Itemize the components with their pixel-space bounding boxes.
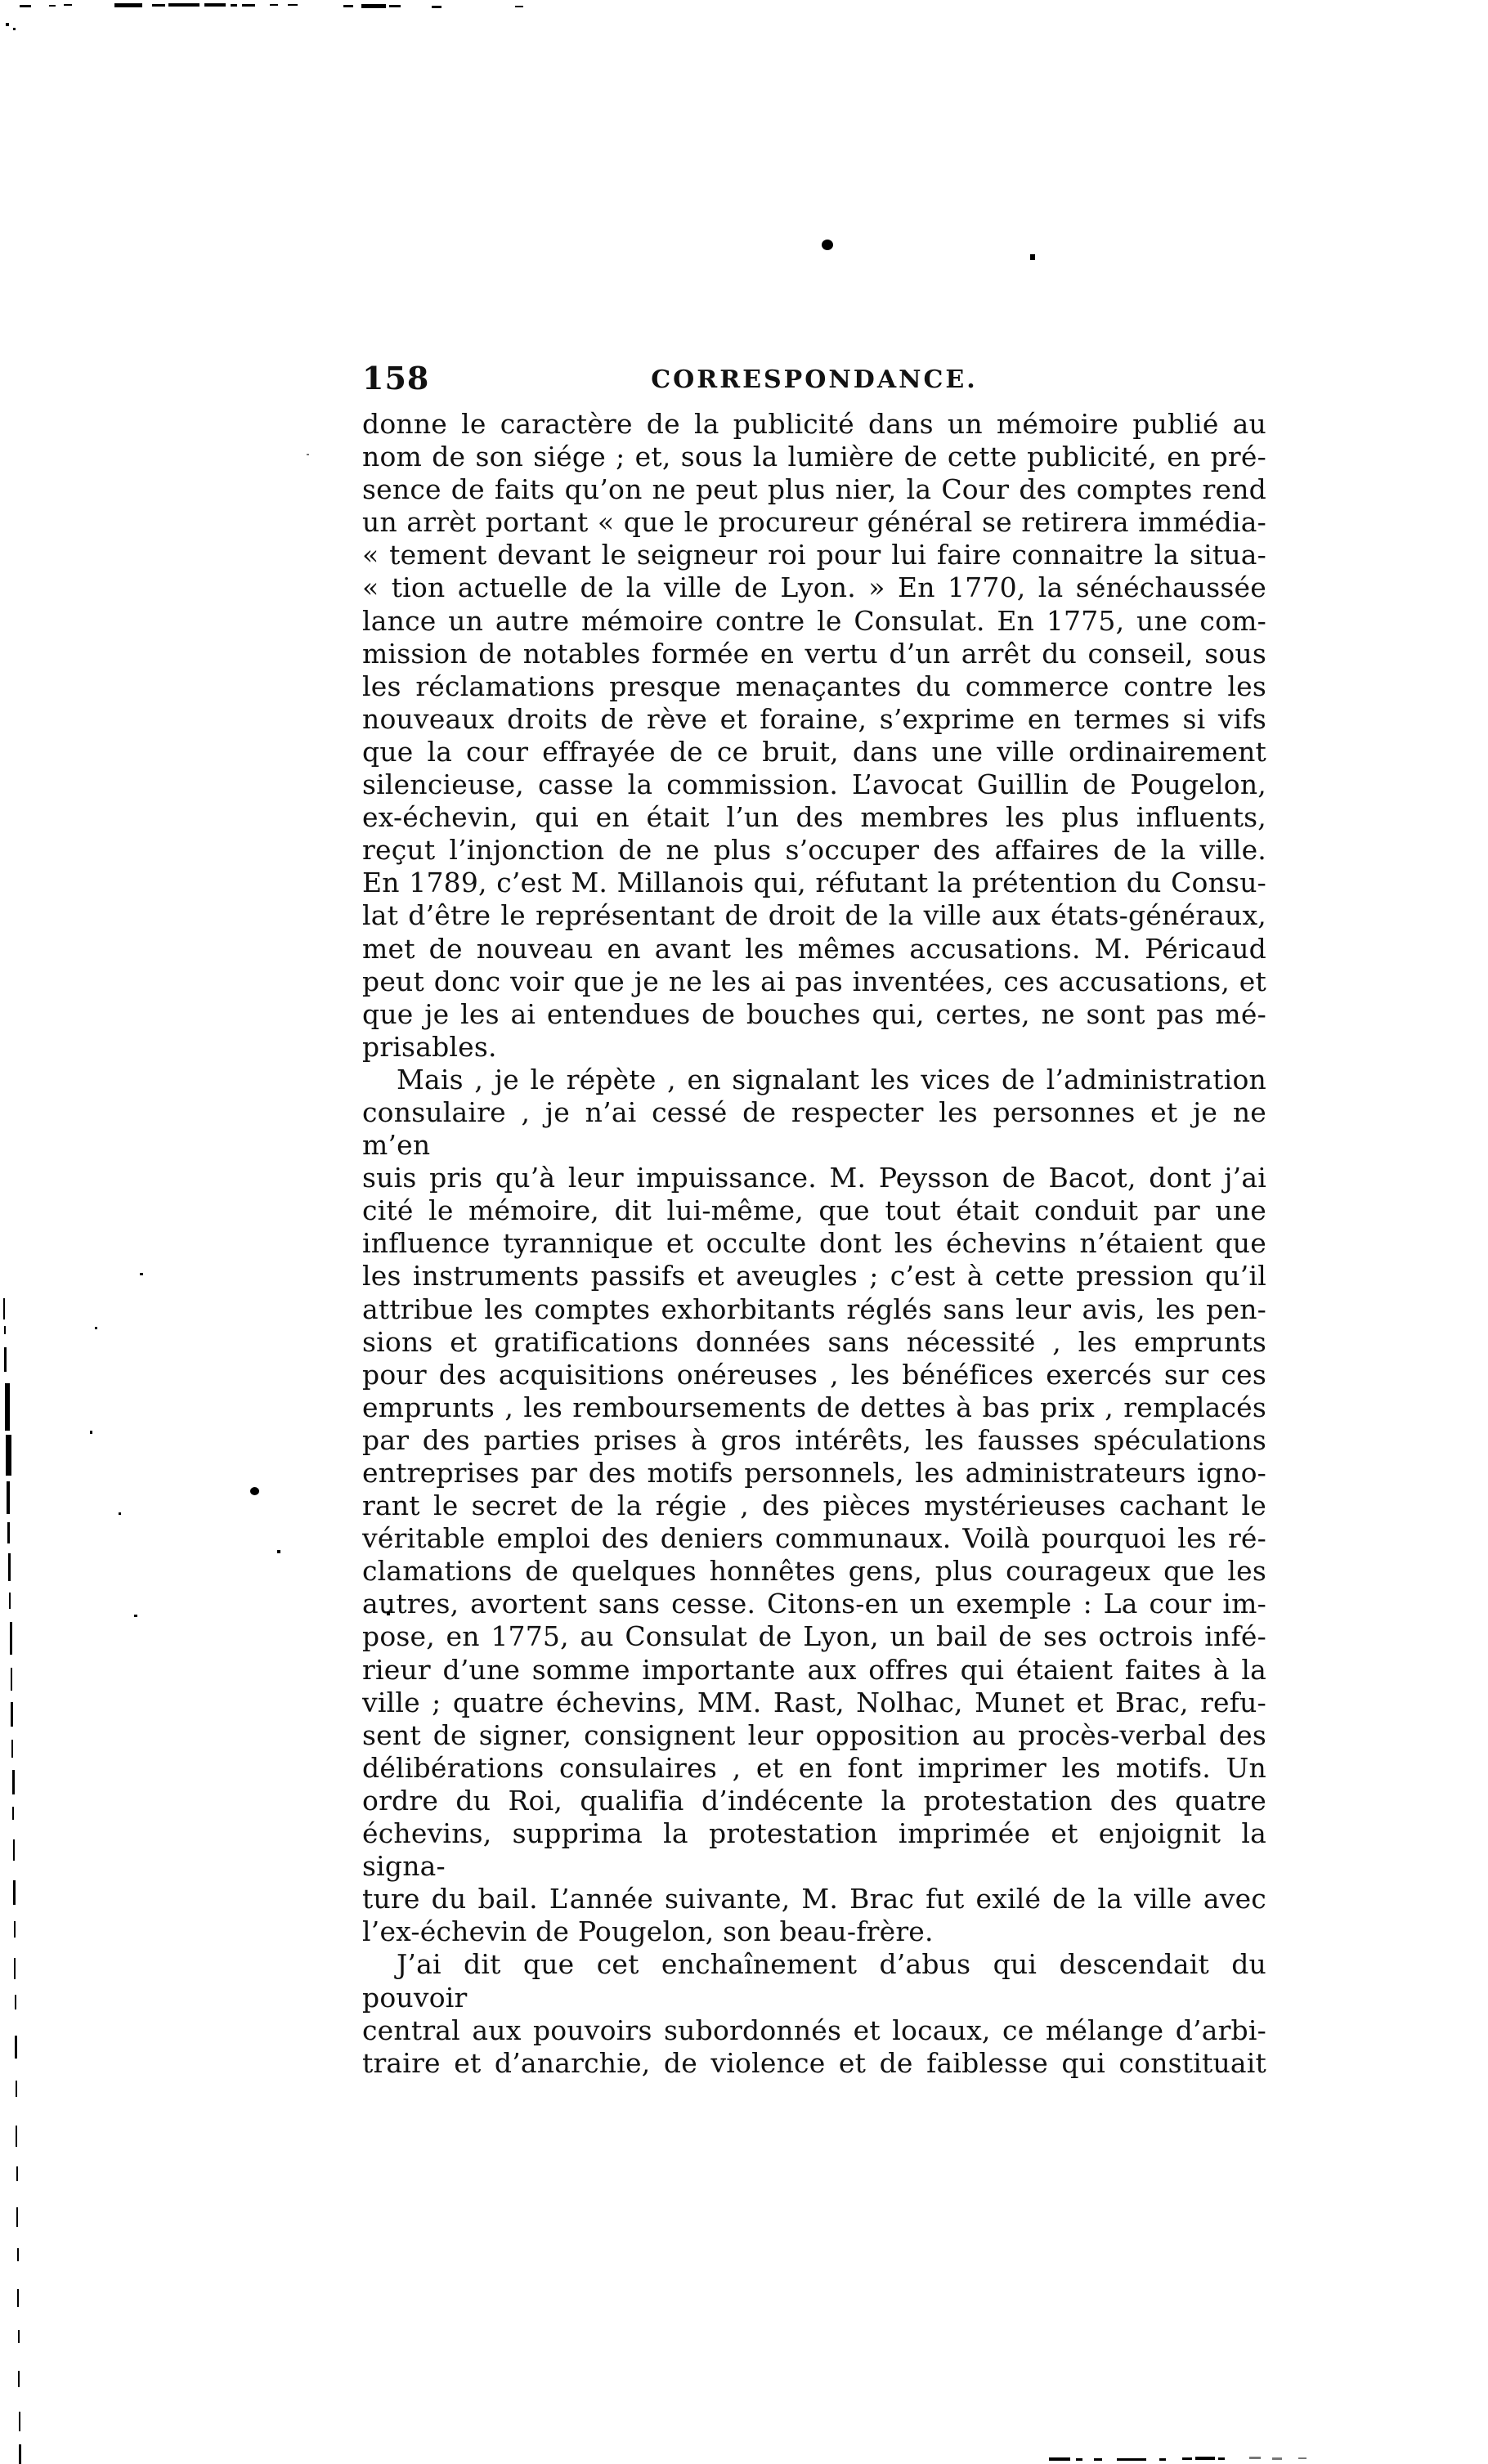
scan-speck	[307, 454, 309, 455]
scan-speck	[288, 4, 298, 6]
text-line: par des parties prises à gros intérêts, …	[362, 1424, 1266, 1457]
scan-speck	[12, 1770, 15, 1794]
text-column: 158 CORRESPONDANCE. donne le caractère d…	[362, 361, 1266, 2080]
scan-speck	[11, 1702, 13, 1727]
text-line: autres, avortent sans cesse. Citons-en u…	[362, 1588, 1266, 1620]
scan-speck	[14, 1958, 16, 1979]
scan-speck	[277, 1550, 280, 1553]
text-line: traire et d’anarchie, de violence et de …	[362, 2047, 1266, 2080]
text-line: que la cour effrayée de ce bruit, dans u…	[362, 736, 1266, 768]
scan-speck	[204, 3, 226, 7]
scan-speck	[250, 1487, 259, 1495]
text-line: les réclamations presque menaçantes du c…	[362, 670, 1266, 703]
scan-speck	[19, 2444, 21, 2464]
scan-speck	[822, 240, 833, 250]
text-line: attribue les comptes exhorbitants réglés…	[362, 1293, 1266, 1326]
scan-speck	[1195, 2457, 1215, 2460]
text-line: peut donc voir que je ne les ai pas inve…	[362, 965, 1266, 998]
scan-speck	[114, 3, 142, 7]
text-line: véritable emploi des deniers communaux. …	[362, 1522, 1266, 1555]
paragraph: J’ai dit que cet enchaînement d’abus qui…	[362, 1948, 1266, 2079]
scan-speck	[168, 3, 199, 7]
scan-speck	[19, 2412, 20, 2431]
scan-speck	[13, 1839, 15, 1861]
scan-speck	[152, 4, 165, 7]
text-line: « tement devant le seigneur roi pour lui…	[362, 539, 1266, 571]
text-line: délibérations consulaires , et en font i…	[362, 1752, 1266, 1785]
scan-speck	[16, 2166, 18, 2181]
text-line: ture du bail. L’année suivante, M. Brac …	[362, 1883, 1266, 1915]
text-line: cité le mémoire, dit lui-même, que tout …	[362, 1194, 1266, 1227]
scan-speck	[242, 4, 255, 7]
text-line: silencieuse, casse la commission. L’avoc…	[362, 768, 1266, 801]
text-line: que je les ai entendues de bouches qui, …	[362, 998, 1266, 1031]
scan-speck	[270, 4, 278, 6]
text-line: sent de signer, consignent leur oppositi…	[362, 1719, 1266, 1752]
scan-speck	[8, 1553, 11, 1581]
scan-speck	[64, 4, 72, 6]
text-line: sions et gratifications données sans néc…	[362, 1326, 1266, 1359]
scan-speck	[7, 1481, 10, 1514]
scan-speck	[9, 1593, 11, 1609]
text-line: rant le secret de la régie , des pièces …	[362, 1490, 1266, 1522]
scan-speck	[14, 1921, 16, 1938]
text-line: entreprises par des motifs personnels, l…	[362, 1457, 1266, 1490]
scan-speck	[361, 4, 386, 8]
scan-speck	[231, 4, 237, 7]
scan-speck	[1182, 2457, 1192, 2460]
text-line: ex-échevin, qui en était l’un des membre…	[362, 801, 1266, 834]
scan-speck	[1298, 2457, 1306, 2459]
scan-speck	[387, 1611, 390, 1615]
scan-speck	[95, 1327, 97, 1329]
scan-speck	[432, 6, 441, 8]
text-line: pour des acquisitions onéreuses , les bé…	[362, 1359, 1266, 1391]
scan-speck	[1049, 2457, 1070, 2461]
text-line: mission de notables formée en vertu d’un…	[362, 638, 1266, 670]
page-header: 158 CORRESPONDANCE.	[362, 361, 1266, 398]
text-line: sence de faits qu’on ne peut plus nier, …	[362, 473, 1266, 506]
text-line: met de nouveau en avant les mêmes accusa…	[362, 933, 1266, 965]
scan-speck	[119, 1512, 121, 1515]
scan-speck	[1094, 2458, 1102, 2461]
scan-speck	[6, 1435, 11, 1476]
text-line: échevins, supprima la protestation impri…	[362, 1817, 1266, 1883]
scan-speck	[515, 6, 523, 7]
scan-speck	[4, 1347, 7, 1372]
scan-speck	[1117, 2458, 1146, 2461]
text-line: nouveaux droits de rève et foraine, s’ex…	[362, 703, 1266, 736]
scan-speck	[6, 23, 9, 26]
scan-speck	[20, 5, 31, 7]
scan-speck	[1159, 2458, 1166, 2461]
scan-speck	[343, 5, 353, 7]
text-line: « tion actuelle de la ville de Lyon. » E…	[362, 571, 1266, 604]
text-line: l’ex-échevin de Pougelon, son beau-frère…	[362, 1915, 1266, 1948]
scan-speck	[389, 5, 401, 7]
scan-speck	[5, 1383, 10, 1431]
scan-speck	[11, 1668, 12, 1691]
scan-speck	[1030, 254, 1035, 260]
scan-speck	[134, 1615, 137, 1617]
text-line: nom de son siége ; et, sous la lumière d…	[362, 441, 1266, 473]
scan-speck	[90, 1431, 92, 1434]
text-line: donne le caractère de la publicité dans …	[362, 408, 1266, 441]
text-line: influence tyrannique et occulte dont les…	[362, 1227, 1266, 1260]
text-line: clamations de quelques honnêtes gens, pl…	[362, 1555, 1266, 1588]
scan-speck	[4, 1326, 6, 1334]
scan-speck	[10, 1622, 12, 1655]
scan-speck	[3, 1298, 5, 1319]
text-line: Mais , je le répète , en signalant les v…	[362, 1064, 1266, 1096]
scan-speck	[1218, 2457, 1225, 2460]
text-line: J’ai dit que cet enchaînement d’abus qui…	[362, 1948, 1266, 2014]
text-line: pose, en 1775, au Consulat de Lyon, un b…	[362, 1620, 1266, 1653]
scan-speck	[15, 1995, 16, 2009]
scan-speck	[13, 28, 16, 30]
text-line: ville ; quatre échevins, MM. Rast, Nolha…	[362, 1687, 1266, 1719]
scan-speck	[18, 2330, 20, 2343]
text-line: lance un autre mémoire contre le Consula…	[362, 605, 1266, 638]
text-line: lat d’être le représentant de droit de l…	[362, 899, 1266, 932]
text-line: En 1789, c’est M. Millanois qui, réfutan…	[362, 867, 1266, 899]
text-line: reçut l’injonction de ne plus s’occuper …	[362, 834, 1266, 867]
running-header: CORRESPONDANCE.	[362, 365, 1266, 395]
scan-speck	[1076, 2458, 1082, 2461]
page-body: donne le caractère de la publicité dans …	[362, 408, 1266, 2080]
text-line: les instruments passifs et aveugles ; c’…	[362, 1260, 1266, 1292]
scan-speck	[12, 1807, 14, 1820]
text-line: rieur d’une somme importante aux offres …	[362, 1654, 1266, 1687]
text-line: un arrèt portant « que le procureur géné…	[362, 506, 1266, 539]
scan-speck	[16, 2126, 17, 2147]
scan-speck	[140, 1273, 143, 1275]
scan-speck	[49, 5, 56, 7]
scan-speck	[17, 2289, 19, 2307]
scan-speck	[13, 1880, 16, 1905]
scan-speck	[16, 2207, 18, 2227]
scan-speck	[1249, 2457, 1261, 2459]
paragraph: donne le caractère de la publicité dans …	[362, 408, 1266, 1064]
text-line: ordre du Roi, qualifia d’indécente la pr…	[362, 1785, 1266, 1817]
scanned-book-page: 158 CORRESPONDANCE. donne le caractère d…	[0, 0, 1488, 2464]
scan-speck	[11, 1740, 13, 1758]
text-line: consulaire , je n’ai cessé de respecter …	[362, 1096, 1266, 1162]
text-line: suis pris qu’à leur impuissance. M. Peys…	[362, 1162, 1266, 1194]
scan-speck	[17, 2248, 19, 2261]
scan-speck	[7, 1522, 10, 1543]
scan-speck	[18, 2371, 20, 2387]
scan-speck	[15, 2036, 17, 2059]
text-line: central aux pouvoirs subordonnés et loca…	[362, 2014, 1266, 2047]
scan-speck	[16, 2081, 17, 2097]
scan-speck	[1272, 2457, 1282, 2460]
text-line: prisables.	[362, 1031, 1266, 1064]
text-line: emprunts , les remboursements de dettes …	[362, 1391, 1266, 1424]
paragraph: Mais , je le répète , en signalant les v…	[362, 1064, 1266, 1949]
